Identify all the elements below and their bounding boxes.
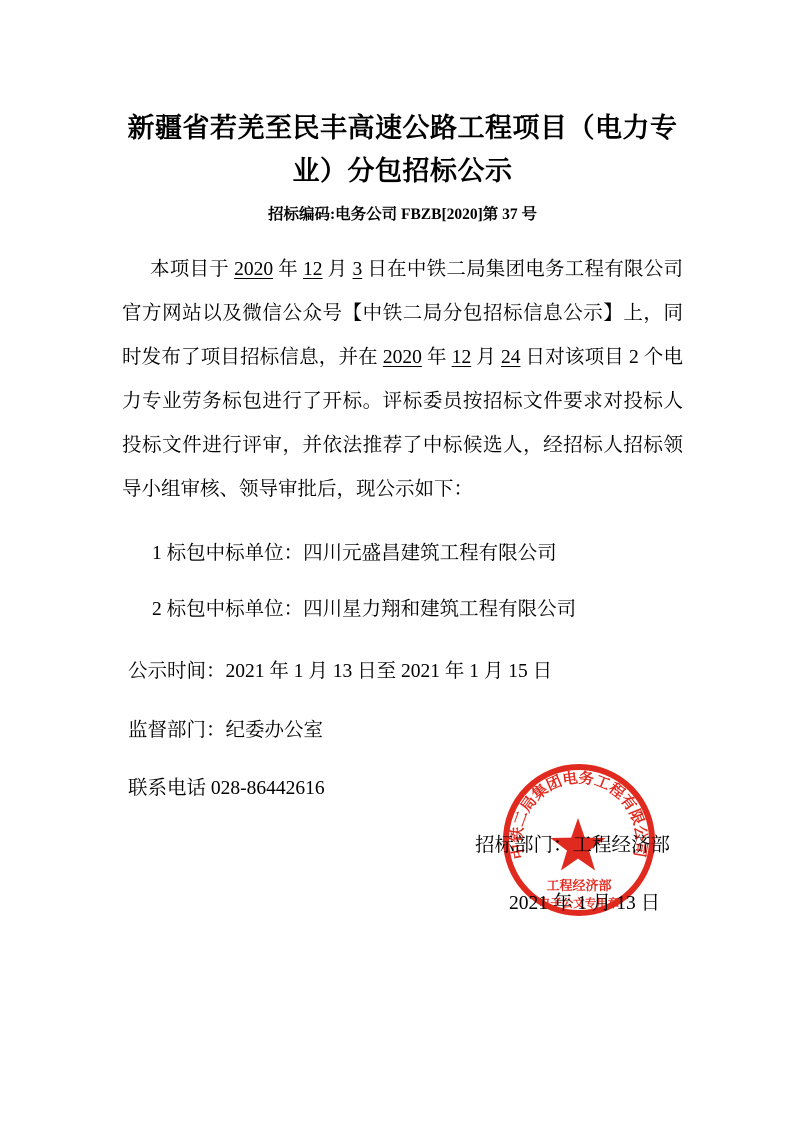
underlined-year: 2020 [383, 347, 422, 368]
paragraph-segment: 月 [323, 259, 353, 280]
paragraph-segment: 月 [471, 347, 501, 368]
underlined-day: 3 [353, 259, 363, 280]
underlined-month: 12 [303, 259, 323, 280]
issue-date-line: 2021 年 1 月 13 日 [122, 882, 683, 926]
underlined-month: 12 [452, 347, 472, 368]
notice-period-line: 公示时间：2021 年 1 月 13 日至 2021 年 1 月 15 日 [122, 650, 683, 694]
award-item-package1: 1 标包中标单位：四川元盛昌建筑工程有限公司 [122, 532, 683, 576]
page-title: 新疆省若羌至民丰高速公路工程项目（电力专业）分包招标公示 [122, 107, 683, 193]
underlined-year: 2020 [234, 259, 273, 280]
announcement-paragraph: 本项目于 2020 年 12 月 3 日在中铁二局集团电务工程有限公司官方网站以… [122, 248, 683, 512]
document-page: 新疆省若羌至民丰高速公路工程项目（电力专业）分包招标公示 招标编码:电务公司 F… [0, 0, 794, 1123]
paragraph-segment: 日对该项目 2 个电力专业劳务标包进行了开标。评标委员按招标文件要求对投标人投标… [122, 347, 683, 500]
bid-code-subtitle: 招标编码:电务公司 FBZB[2020]第 37 号 [122, 202, 683, 228]
bidding-department-line: 招标部门：工程经济部 [122, 824, 683, 868]
underlined-day: 24 [501, 347, 521, 368]
supervision-dept-line: 监督部门：纪委办公室 [122, 709, 683, 753]
paragraph-segment: 年 [273, 259, 303, 280]
award-item-package2: 2 标包中标单位：四川星力翔和建筑工程有限公司 [122, 588, 683, 632]
paragraph-segment: 年 [422, 347, 452, 368]
paragraph-segment: 本项目于 [150, 259, 234, 280]
